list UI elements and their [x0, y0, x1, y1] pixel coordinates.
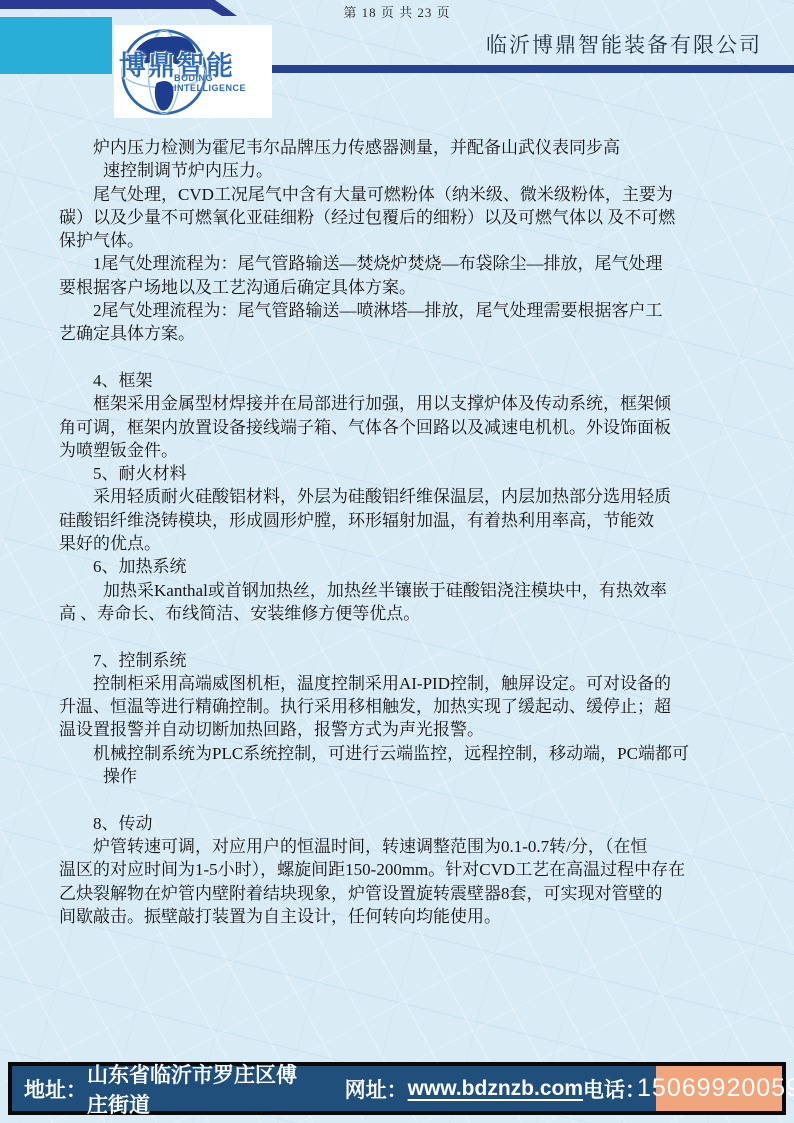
- body-line: 6、加热系统: [59, 555, 749, 578]
- body-line: 机械控制系统为PLC系统控制，可进行云端监控，远程控制，移动端，PC端都可: [59, 742, 749, 765]
- body-line: 硅酸铝纤维浇铸模块，形成圆形炉膛，环形辐射加温，有着热利用率高，节能效: [59, 509, 749, 532]
- body-line: 1尾气处理流程为：尾气管路输送—焚烧炉焚烧—布袋除尘—排放，尾气处理: [59, 252, 749, 275]
- body-line: 保护气体。: [59, 229, 749, 252]
- body-line: [59, 346, 749, 369]
- website-link[interactable]: www.bdznzb.com: [408, 1077, 583, 1101]
- body-line: 5、耐火材料: [59, 462, 749, 485]
- phone-number-box: 15069920059: [656, 1066, 782, 1111]
- body-line: 8、传动: [59, 812, 749, 835]
- document-body: 炉内压力检测为霍尼韦尔品牌压力传感器测量，并配备山武仪表同步高速控制调节炉内压力…: [59, 136, 749, 928]
- body-line: [59, 788, 749, 811]
- body-line: 操作: [59, 765, 749, 788]
- body-line: 碳）以及少量不可燃氧化亚硅细粉（经过包覆后的细粉）以及可燃气体以 及不可燃: [59, 206, 749, 229]
- body-line: 7、控制系统: [59, 649, 749, 672]
- body-line: 炉管转速可调，对应用户的恒温时间，转速调整范围为0.1-0.7转/分，（在恒: [59, 835, 749, 858]
- body-line: 加热采Kanthal或首钢加热丝，加热丝半镶嵌于硅酸铝浇注模块中，有热效率: [59, 579, 749, 602]
- body-line: 温区的对应时间为1-5小时），螺旋间距150-200mm。针对CVD工艺在高温过…: [59, 858, 749, 881]
- body-line: 升温、恒温等进行精确控制。执行采用移相触发，加热实现了缓起动、缓停止；超: [59, 695, 749, 718]
- body-line: 要根据客户场地以及工艺沟通后确定具体方案。: [59, 276, 749, 299]
- body-line: 乙炔裂解物在炉管内壁附着结块现象，炉管设置旋转震壁器8套，可实现对管壁的: [59, 882, 749, 905]
- body-line: 间歇敲击。振壁敲打装置为自主设计，任何转向均能使用。: [59, 905, 749, 928]
- header-accent-cyan: [0, 17, 112, 74]
- body-line: 控制柜采用高端威图机柜，温度控制采用AI-PID控制，触屏设定。可对设备的: [59, 672, 749, 695]
- address-value: 山东省临沂市罗庄区傅庄街道: [87, 1059, 317, 1119]
- body-line: 温设置报警并自动切断加热回路，报警方式为声光报警。: [59, 718, 749, 741]
- header-divider: [270, 65, 794, 73]
- body-line: 4、框架: [59, 369, 749, 392]
- footer-bar: 地址：山东省临沂市罗庄区傅庄街道 网址：www.bdznzb.com 电话： 1…: [8, 1062, 786, 1115]
- website-label: 网址：: [345, 1074, 408, 1104]
- company-logo: 博鼎智能 BODING INTELLIGENCE: [114, 25, 272, 118]
- body-line: 角可调，框架内放置设备接线端子箱、气体各个回路以及减速电机机。外设饰面板: [59, 416, 749, 439]
- body-line: 框架采用金属型材焊接并在局部进行加强，用以支撑炉体及传动系统，框架倾: [59, 392, 749, 415]
- body-line: 尾气处理，CVD工况尾气中含有大量可燃粉体（纳米级、微米级粉体，主要为: [59, 183, 749, 206]
- company-name: 临沂博鼎智能装备有限公司: [486, 29, 762, 59]
- body-line: 高 、寿命长、布线简洁、安装维修方便等优点。: [59, 602, 749, 625]
- body-line: 2尾气处理流程为：尾气管路输送—喷淋塔—排放，尾气处理需要根据客户工: [59, 299, 749, 322]
- page-indicator: 第 18 页 共 23 页: [0, 2, 794, 21]
- document-page: 第 18 页 共 23 页 博鼎智能 BODING INTELLIGENCE 临…: [0, 0, 794, 1123]
- phone-number: 15069920059: [637, 1074, 794, 1103]
- address-label: 地址：: [24, 1074, 87, 1104]
- body-line: 艺确定具体方案。: [59, 322, 749, 345]
- body-line: 为喷塑钣金件。: [59, 439, 749, 462]
- body-line: 速控制调节炉内压力。: [59, 159, 749, 182]
- body-line: 采用轻质耐火硅酸铝材料，外层为硅酸铝纤维保温层，内层加热部分选用轻质: [59, 485, 749, 508]
- body-line: [59, 625, 749, 648]
- body-line: 炉内压力检测为霍尼韦尔品牌压力传感器测量，并配备山武仪表同步高: [59, 136, 749, 159]
- body-line: 果好的优点。: [59, 532, 749, 555]
- logo-text-en: BODING INTELLIGENCE: [174, 73, 272, 93]
